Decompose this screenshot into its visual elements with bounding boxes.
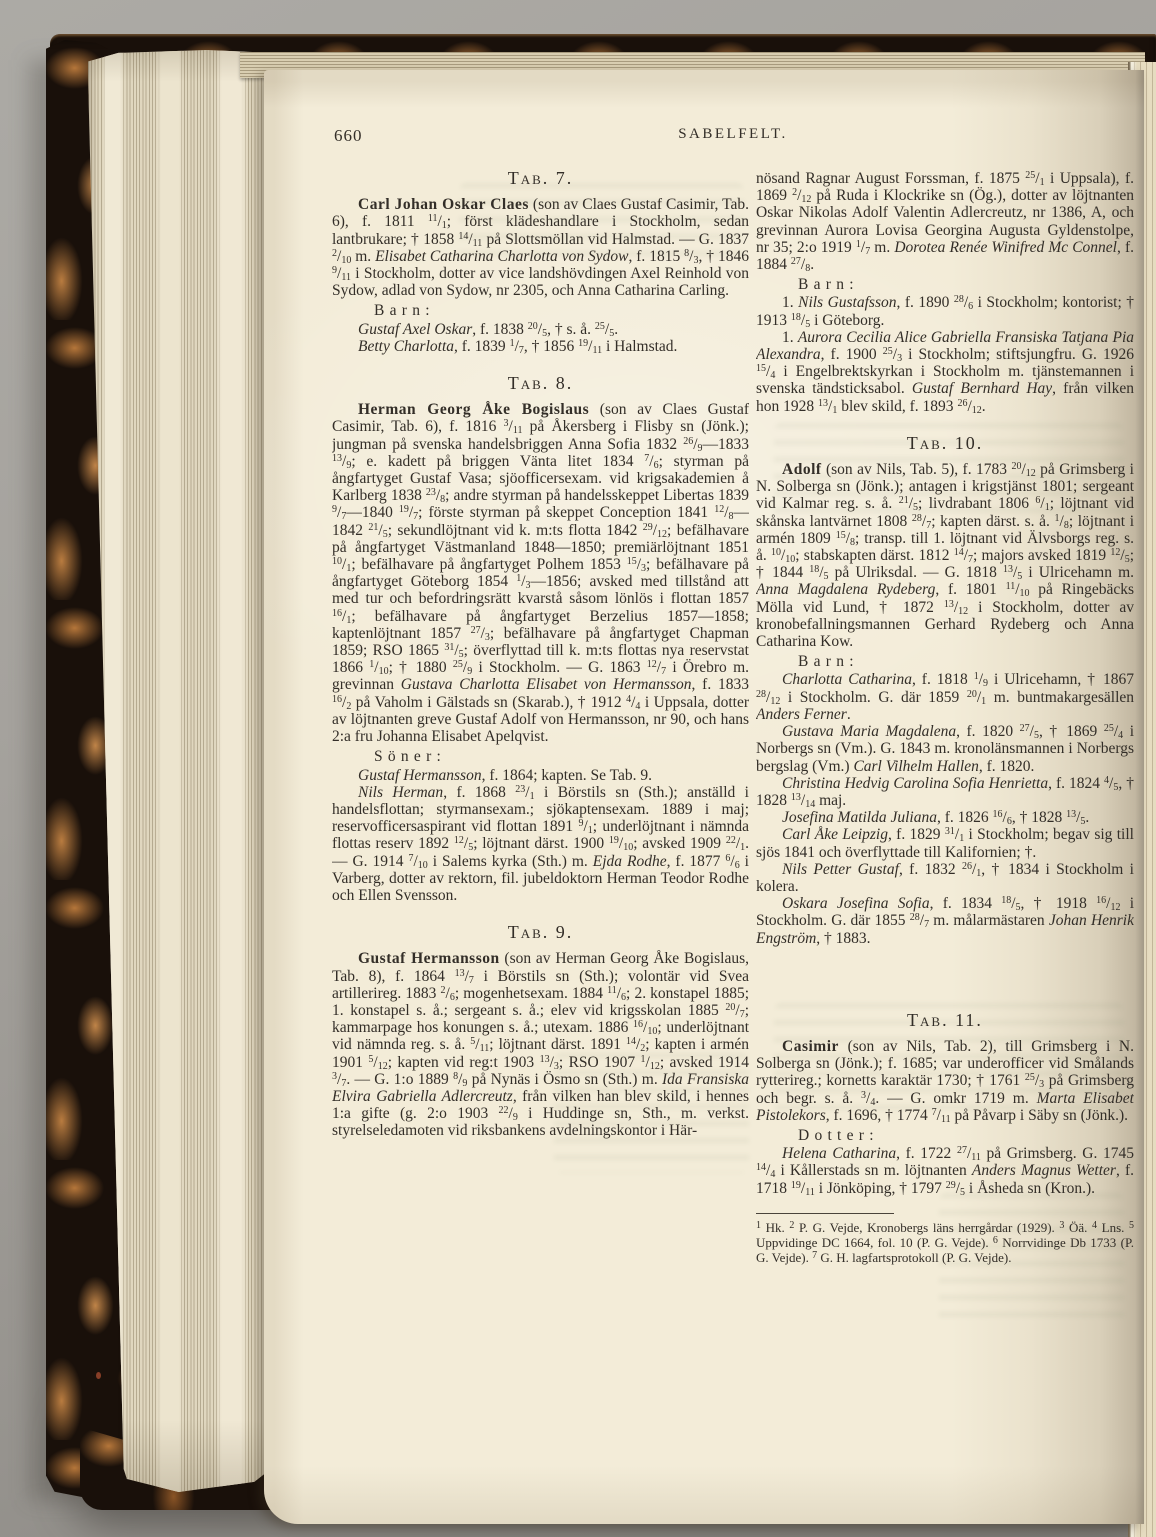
section-label: Dotter:: [756, 1127, 1134, 1144]
paragraph: Gustava Maria Magdalena, f. 1820 27/5, †…: [756, 723, 1134, 775]
page-number: 660: [334, 126, 363, 146]
paragraph: Helena Catharina, f. 1722 27/11 på Grims…: [756, 1145, 1134, 1197]
tab-heading: Tab. 8.: [332, 375, 749, 392]
book-page: 660 SABELFELT. Tab. 7.Carl Johan Oskar C…: [264, 70, 1144, 1524]
paragraph: Nils Herman, f. 1868 23/1 i Börstils sn …: [332, 784, 749, 904]
scanned-book-photo: 660 SABELFELT. Tab. 7.Carl Johan Oskar C…: [0, 0, 1156, 1537]
paragraph: 1. Aurora Cecilia Alice Gabriella Fransi…: [756, 329, 1134, 415]
paragraph: Gustaf Hermansson, f. 1864; kapten. Se T…: [332, 767, 749, 784]
stain: [96, 1372, 101, 1379]
page-header: 660 SABELFELT.: [332, 126, 1134, 150]
section-label: Söner:: [332, 748, 749, 765]
paragraph: Herman Georg Åke Bogislaus (son av Claes…: [332, 401, 749, 745]
columns: Tab. 7.Carl Johan Oskar Claes (son av Cl…: [332, 170, 1134, 1480]
section-label: Barn:: [756, 653, 1134, 670]
paragraph: Oskara Josefina Sofia, f. 1834 18/5, † 1…: [756, 895, 1134, 947]
paragraph: Adolf (son av Nils, Tab. 5), f. 1783 20/…: [756, 461, 1134, 650]
paragraph: Carl Åke Leipzig, f. 1829 31/1 i Stockho…: [756, 826, 1134, 860]
paragraph: Gustaf Axel Oskar, f. 1838 20/5, † s. å.…: [332, 321, 749, 338]
paragraph: Carl Johan Oskar Claes (son av Claes Gus…: [332, 196, 749, 299]
paragraph: Gustaf Hermansson (son av Herman Georg Å…: [332, 950, 749, 1139]
footnote: 1 Hk. 2 P. G. Vejde, Kronobergs läns her…: [756, 1213, 1134, 1266]
paragraph: Betty Charlotta, f. 1839 1/7, † 1856 19/…: [332, 338, 749, 355]
tab-heading: Tab. 7.: [332, 170, 749, 187]
paragraph: Charlotta Catharina, f. 1818 1/9 i Ulric…: [756, 671, 1134, 723]
text-block: 660 SABELFELT. Tab. 7.Carl Johan Oskar C…: [332, 126, 1134, 150]
paragraph: Christina Hedvig Carolina Sofia Henriett…: [756, 775, 1134, 809]
tab-heading: Tab. 9.: [332, 924, 749, 941]
paragraph: 1. Nils Gustafsson, f. 1890 28/6 i Stock…: [756, 294, 1134, 328]
paragraph: Josefina Matilda Juliana, f. 1826 16/6, …: [756, 809, 1134, 826]
paragraph: Nils Petter Gustaf, f. 1832 26/1, † 1834…: [756, 861, 1134, 895]
running-header: SABELFELT.: [332, 126, 1134, 143]
section-label: Barn:: [756, 276, 1134, 293]
paragraph: nösand Ragnar August Forssman, f. 1875 2…: [756, 170, 1134, 273]
left-column: Tab. 7.Carl Johan Oskar Claes (son av Cl…: [332, 170, 749, 1480]
tab-heading: Tab. 11.: [756, 1012, 1134, 1029]
tab-heading: Tab. 10.: [756, 435, 1134, 452]
paragraph: Casimir (son av Nils, Tab. 2), till Grim…: [756, 1038, 1134, 1124]
right-column: nösand Ragnar August Forssman, f. 1875 2…: [756, 170, 1134, 1480]
section-label: Barn:: [332, 302, 749, 319]
column-spacer: [756, 947, 1134, 992]
